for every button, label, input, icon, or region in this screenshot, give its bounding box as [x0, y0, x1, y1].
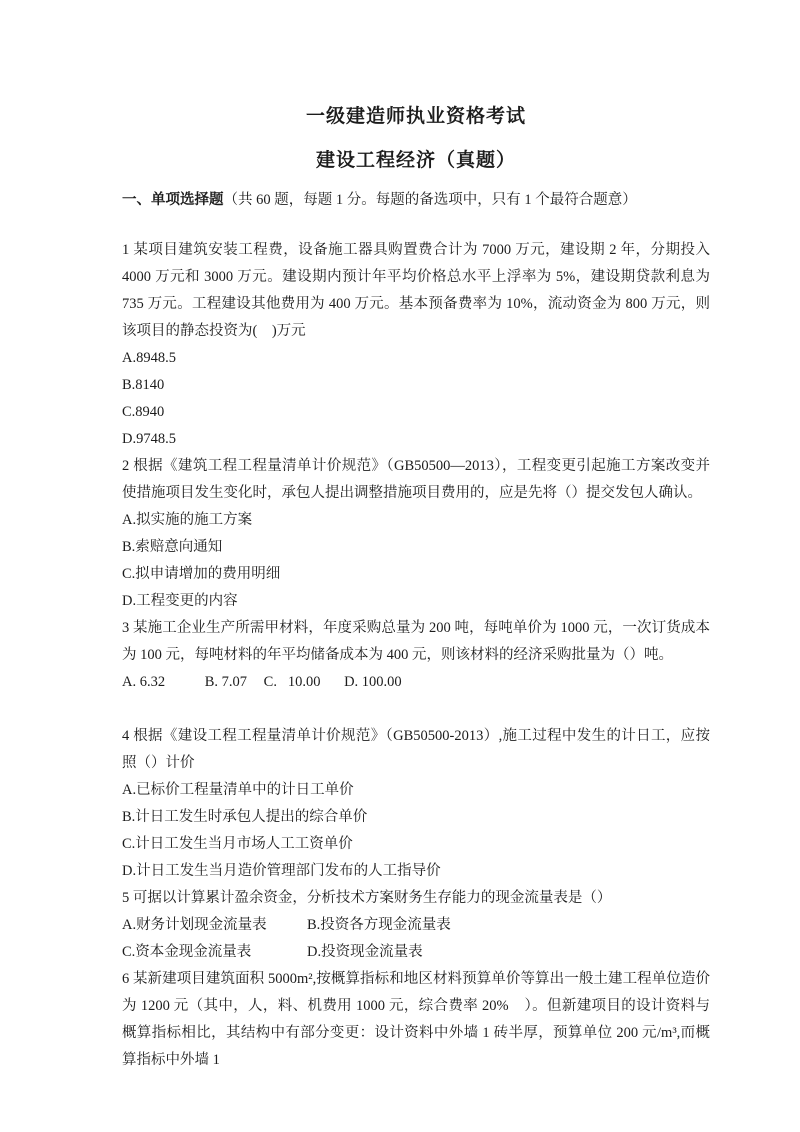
question-1-option-a: A.8948.5	[122, 345, 710, 372]
question-4-option-c: C.计日工发生当月市场人工工资单价	[122, 831, 710, 858]
question-3-options: A. 6.32 B. 7.07 C. 10.00 D. 100.00	[122, 669, 710, 696]
question-1: 1 某项目建筑安装工程费，设备施工器具购置费合计为 7000 万元，建设期 2 …	[122, 237, 710, 453]
question-6: 6 某新建项目建筑面积 5000m²,按概算指标和地区材料预算单价等算出一般土建…	[122, 966, 710, 1074]
question-1-option-c: C.8940	[122, 399, 710, 426]
question-2-option-d: D.工程变更的内容	[122, 588, 710, 615]
question-3-option-b: B. 7.07	[205, 674, 247, 690]
question-5-option-b: B.投资各方现金流量表	[307, 912, 451, 939]
question-2-stem: 2 根据《建筑工程工程量清单计价规范》（GB50500—2013），工程变更引起…	[122, 453, 710, 507]
question-5: 5 可据以计算累计盈余资金，分析技术方案财务生存能力的现金流量表是（） A.财务…	[122, 885, 710, 966]
section-header: 一、单项选择题（共 60 题，每题 1 分。每题的备选项中，只有 1 个最符合题…	[122, 187, 710, 214]
question-3-stem: 3 某施工企业生产所需甲材料，年度采购总量为 200 吨，每吨单价为 1000 …	[122, 615, 710, 669]
question-5-options-row-2: C.资本金现金流量表 D.投资现金流量表	[122, 939, 710, 966]
question-2-options: A.拟实施的施工方案 B.索赔意向通知 C.拟申请增加的费用明细 D.工程变更的…	[122, 507, 710, 615]
question-5-options: A.财务计划现金流量表 B.投资各方现金流量表 C.资本金现金流量表 D.投资现…	[122, 912, 710, 966]
section-heading: 一、单项选择题	[122, 192, 224, 208]
question-3-option-c: C. 10.00	[264, 674, 321, 690]
exam-document-page: 一级建造师执业资格考试 建设工程经济（真题） 一、单项选择题（共 60 题，每题…	[0, 0, 800, 1132]
question-4-option-a: A.已标价工程量清单中的计日工单价	[122, 777, 710, 804]
question-2-option-a: A.拟实施的施工方案	[122, 507, 710, 534]
question-1-options: A.8948.5 B.8140 C.8940 D.9748.5	[122, 345, 710, 453]
question-5-option-a: A.财务计划现金流量表	[122, 912, 307, 939]
question-5-options-row-1: A.财务计划现金流量表 B.投资各方现金流量表	[122, 912, 710, 939]
question-1-stem: 1 某项目建筑安装工程费，设备施工器具购置费合计为 7000 万元，建设期 2 …	[122, 237, 710, 345]
question-4-stem: 4 根据《建设工程工程量清单计价规范》（GB50500-2013）,施工过程中发…	[122, 723, 710, 777]
question-1-option-b: B.8140	[122, 372, 710, 399]
question-1-option-d: D.9748.5	[122, 426, 710, 453]
doc-title: 一级建造师执业资格考试	[122, 104, 710, 130]
question-6-stem: 6 某新建项目建筑面积 5000m²,按概算指标和地区材料预算单价等算出一般土建…	[122, 966, 710, 1074]
section-note: （共 60 题，每题 1 分。每题的备选项中，只有 1 个最符合题意）	[224, 192, 637, 208]
question-4: 4 根据《建设工程工程量清单计价规范》（GB50500-2013）,施工过程中发…	[122, 723, 710, 885]
question-3: 3 某施工企业生产所需甲材料，年度采购总量为 200 吨，每吨单价为 1000 …	[122, 615, 710, 696]
question-2: 2 根据《建筑工程工程量清单计价规范》（GB50500—2013），工程变更引起…	[122, 453, 710, 615]
question-5-stem: 5 可据以计算累计盈余资金，分析技术方案财务生存能力的现金流量表是（）	[122, 885, 710, 912]
question-5-option-d: D.投资现金流量表	[307, 939, 423, 966]
question-2-option-b: B.索赔意向通知	[122, 534, 710, 561]
question-4-option-b: B.计日工发生时承包人提出的综合单价	[122, 804, 710, 831]
question-2-option-c: C.拟申请增加的费用明细	[122, 561, 710, 588]
question-3-option-d: D. 100.00	[344, 674, 402, 690]
doc-subtitle: 建设工程经济（真题）	[122, 148, 710, 174]
question-5-option-c: C.资本金现金流量表	[122, 939, 307, 966]
question-4-option-d: D.计日工发生当月造价管理部门发布的人工指导价	[122, 858, 710, 885]
question-4-options: A.已标价工程量清单中的计日工单价 B.计日工发生时承包人提出的综合单价 C.计…	[122, 777, 710, 885]
question-3-option-a: A. 6.32	[122, 674, 165, 690]
